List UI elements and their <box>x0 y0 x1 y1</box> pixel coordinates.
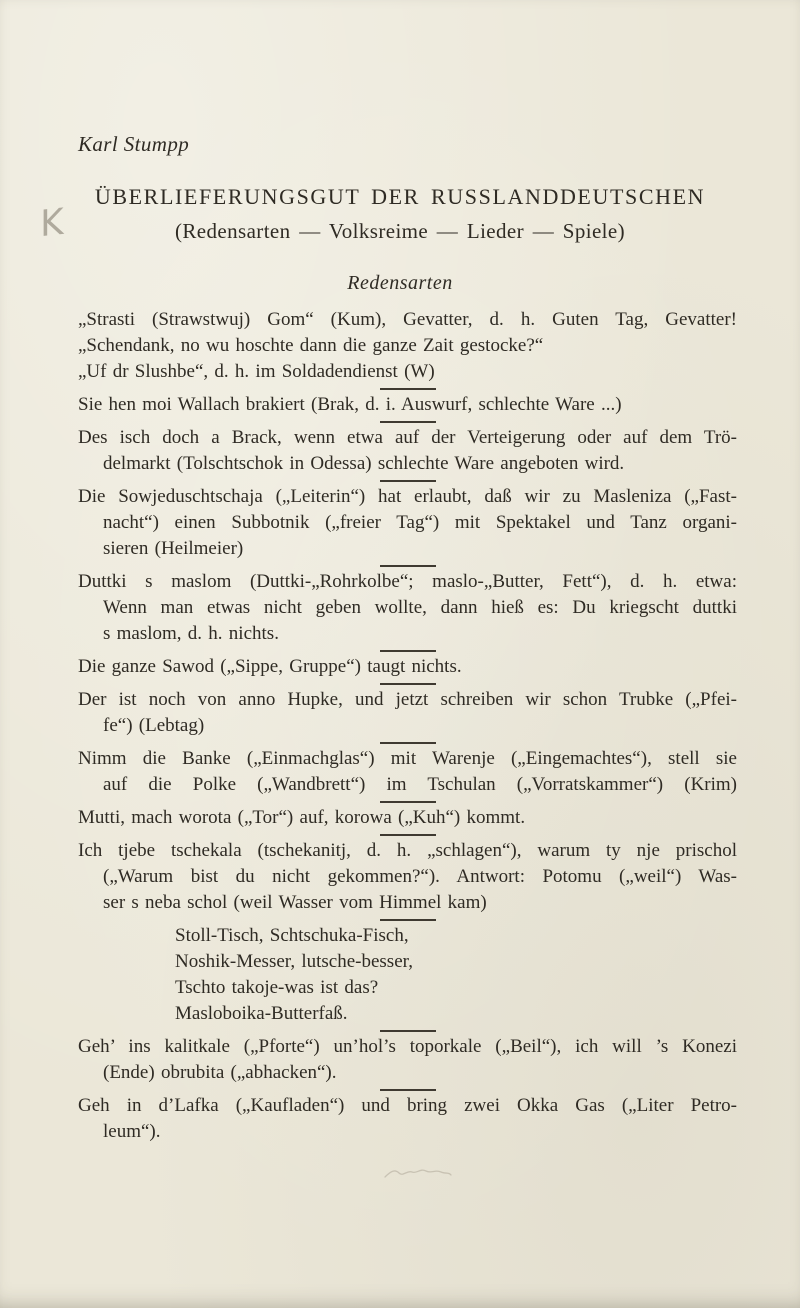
text-line: („Warum bist du nicht gekommen?“). Antwo… <box>78 864 737 890</box>
text-line: Stoll-Tisch, Schtschuka-Fisch, <box>175 923 737 949</box>
text-line: Der ist noch von anno Hupke, und jetzt s… <box>78 687 737 713</box>
separator-rule <box>380 480 436 482</box>
saying-paragraph: Nimm die Banke („Einmachglas“) mit Waren… <box>78 746 737 798</box>
text-line: Des isch doch a Brack, wenn etwa auf der… <box>78 425 737 451</box>
separator-rule <box>380 650 436 652</box>
author-name: Karl Stumpp <box>78 132 189 157</box>
text-line: Die ganze Sawod („Sippe, Gruppe“) taugt … <box>78 654 737 680</box>
text-line: Mutti, mach worota („Tor“) auf, korowa (… <box>78 805 737 831</box>
text-line: Die Sowjeduschtschaja („Leiterin“) hat e… <box>78 484 737 510</box>
saying-paragraph: Geh’ ins kalitkale („Pforte“) un’hol’s t… <box>78 1034 737 1086</box>
text-line: Geh in d’Lafka („Kaufladen“) und bring z… <box>78 1093 737 1119</box>
saying-paragraph: Ich tjebe tschekala (tschekanitj, d. h. … <box>78 838 737 916</box>
text-line: fe“) (Lebtag) <box>78 713 737 739</box>
separator-rule <box>380 919 436 921</box>
text-line: Wenn man etwas nicht geben wollte, dann … <box>78 595 737 621</box>
text-line: Nimm die Banke („Einmachglas“) mit Waren… <box>78 746 737 772</box>
page-subtitle: (Redensarten — Volksreime — Lieder — Spi… <box>0 219 800 244</box>
text-line: leum“). <box>78 1119 737 1145</box>
separator-rule <box>380 801 436 803</box>
text-line: ser s neba schol (weil Wasser vom Himmel… <box>78 890 737 916</box>
separator-rule <box>380 421 436 423</box>
text-line: Noshik-Messer, lutsche-besser, <box>175 949 737 975</box>
text-line: nacht“) einen Subbotnik („freier Tag“) m… <box>78 510 737 536</box>
separator-rule <box>380 565 436 567</box>
text-line: s maslom, d. h. nichts. <box>78 621 737 647</box>
separator-rule <box>380 683 436 685</box>
text-line: Duttki s maslom (Duttki-„Rohrkolbe“; mas… <box>78 569 737 595</box>
saying-paragraph: „Strasti (Strawstwuj) Gom“ (Kum), Gevatt… <box>78 307 737 385</box>
text-line: delmarkt (Tolschtschok in Odessa) schlec… <box>78 451 737 477</box>
text-line: Ich tjebe tschekala (tschekanitj, d. h. … <box>78 838 737 864</box>
saying-paragraph: Die ganze Sawod („Sippe, Gruppe“) taugt … <box>78 654 737 680</box>
saying-paragraph: Duttki s maslom (Duttki-„Rohrkolbe“; mas… <box>78 569 737 647</box>
saying-paragraph: Mutti, mach worota („Tor“) auf, korowa (… <box>78 805 737 831</box>
saying-paragraph: Sie hen moi Wallach brakiert (Brak, d. i… <box>78 392 737 418</box>
text-body: „Strasti (Strawstwuj) Gom“ (Kum), Gevatt… <box>78 307 737 1145</box>
text-line: „Strasti (Strawstwuj) Gom“ (Kum), Gevatt… <box>78 307 737 333</box>
saying-paragraph: Des isch doch a Brack, wenn etwa auf der… <box>78 425 737 477</box>
text-line: Geh’ ins kalitkale („Pforte“) un’hol’s t… <box>78 1034 737 1060</box>
saying-paragraph: Geh in d’Lafka („Kaufladen“) und bring z… <box>78 1093 737 1145</box>
text-line: Masloboika-Butterfaß. <box>175 1001 737 1027</box>
verse-block: Stoll-Tisch, Schtschuka-Fisch,Noshik-Mes… <box>175 923 737 1027</box>
section-heading: Redensarten <box>0 272 800 295</box>
pencil-scribble <box>383 1163 453 1185</box>
text-line: Sie hen moi Wallach brakiert (Brak, d. i… <box>78 392 737 418</box>
text-line: sieren (Heilmeier) <box>78 536 737 562</box>
text-line: auf die Polke („Wandbrett“) im Tschulan … <box>78 772 737 798</box>
text-line: (Ende) obrubita („abhacken“). <box>78 1060 737 1086</box>
saying-paragraph: Die Sowjeduschtschaja („Leiterin“) hat e… <box>78 484 737 562</box>
separator-rule <box>380 834 436 836</box>
text-line: „Schendank, no wu hoschte dann die ganze… <box>78 333 737 359</box>
text-line: Tschto takoje-was ist das? <box>175 975 737 1001</box>
saying-paragraph: Der ist noch von anno Hupke, und jetzt s… <box>78 687 737 739</box>
page-title: ÜBERLIEFERUNGSGUT DER RUSSLANDDEUTSCHEN <box>0 184 800 210</box>
text-line: „Uf dr Slushbe“, d. h. im Soldadendienst… <box>78 359 737 385</box>
separator-rule <box>380 388 436 390</box>
separator-rule <box>380 1089 436 1091</box>
book-page: K Karl Stumpp ÜBERLIEFERUNGSGUT DER RUSS… <box>0 0 800 1308</box>
separator-rule <box>380 742 436 744</box>
separator-rule <box>380 1030 436 1032</box>
